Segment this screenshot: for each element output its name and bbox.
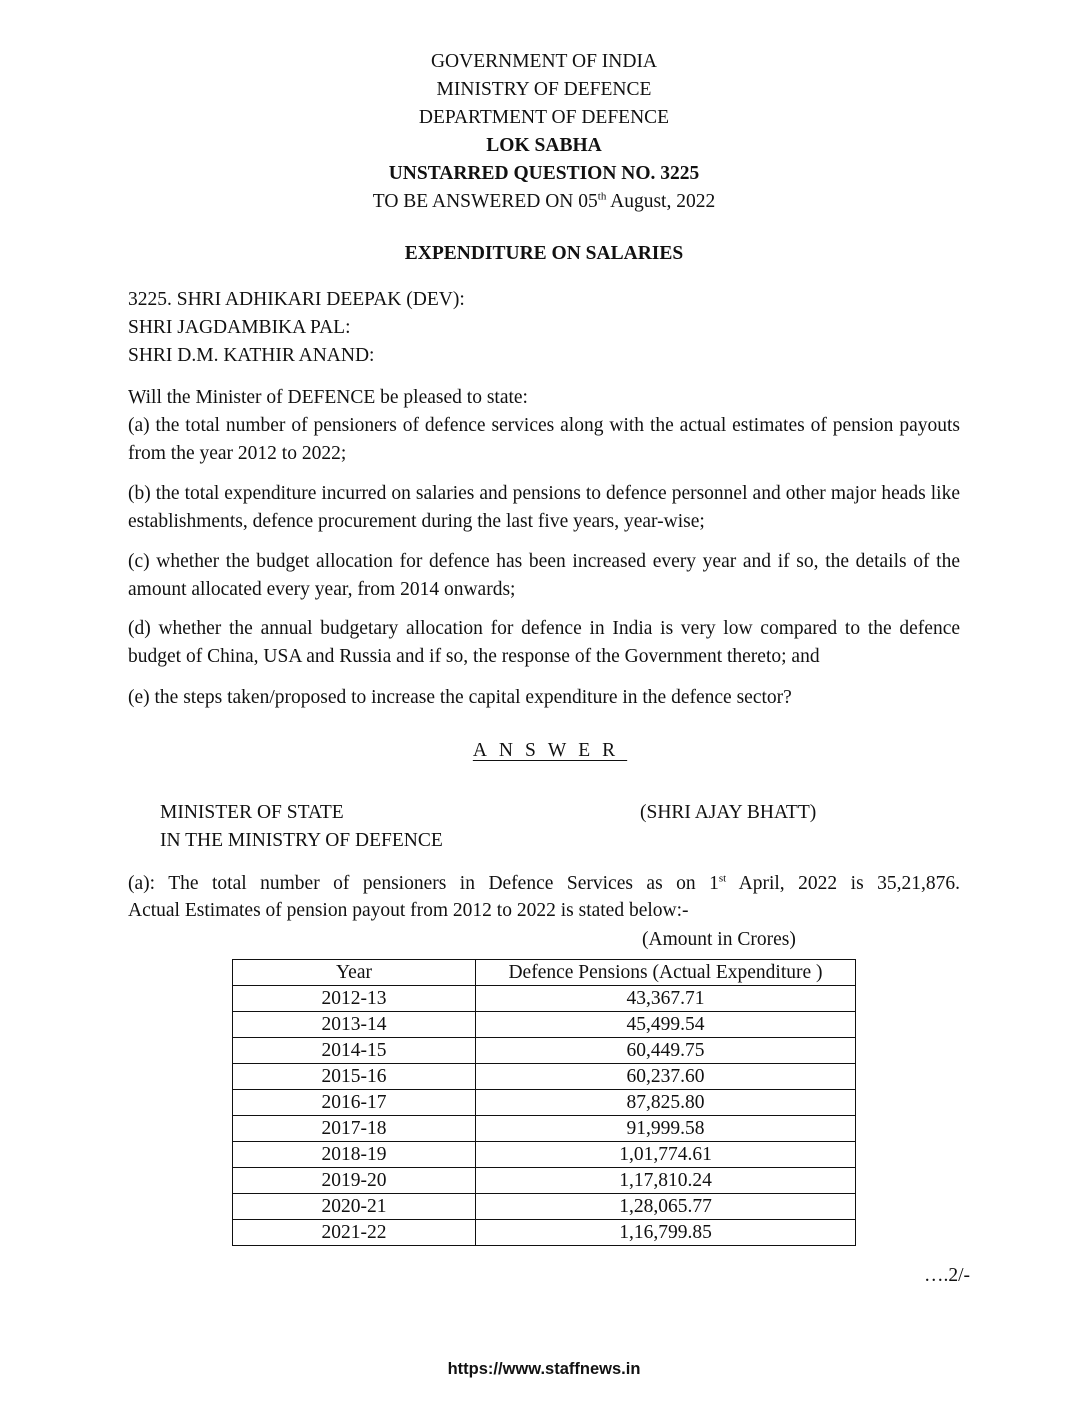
cell-pension-amount: 45,499.54 xyxy=(476,1012,856,1038)
cell-pension-amount: 60,237.60 xyxy=(476,1064,856,1090)
table-header-row: Year Defence Pensions (Actual Expenditur… xyxy=(233,960,856,986)
question-e: (e) the steps taken/proposed to increase… xyxy=(128,684,960,712)
cell-year: 2014-15 xyxy=(233,1038,476,1064)
answer-heading: ANSWER xyxy=(0,740,1088,762)
header-ministry: MINISTRY OF DEFENCE xyxy=(0,76,1088,104)
header-house: LOK SABHA xyxy=(0,132,1088,160)
cell-year: 2019-20 xyxy=(233,1168,476,1194)
table-row: 2017-1891,999.58 xyxy=(233,1116,856,1142)
cell-pension-amount: 1,16,799.85 xyxy=(476,1220,856,1246)
table-row: 2013-1445,499.54 xyxy=(233,1012,856,1038)
continuation-marker: ….2/- xyxy=(890,1262,970,1290)
table-row: 2014-1560,449.75 xyxy=(233,1038,856,1064)
question-c: (c) whether the budget allocation for de… xyxy=(128,548,960,604)
answer-date-prefix: TO BE ANSWERED ON 05 xyxy=(373,191,598,212)
pension-table: Year Defence Pensions (Actual Expenditur… xyxy=(232,959,856,1246)
cell-year: 2013-14 xyxy=(233,1012,476,1038)
cell-year: 2017-18 xyxy=(233,1116,476,1142)
minister-designation-1: MINISTER OF STATE xyxy=(160,799,560,827)
cell-pension-amount: 91,999.58 xyxy=(476,1116,856,1142)
asker-3: SHRI D.M. KATHIR ANAND: xyxy=(128,342,960,370)
asker-2: SHRI JAGDAMBIKA PAL: xyxy=(128,314,960,342)
document-page: GOVERNMENT OF INDIA MINISTRY OF DEFENCE … xyxy=(0,0,1088,1408)
question-d: (d) whether the annual budgetary allocat… xyxy=(128,615,960,671)
minister-name: (SHRI AJAY BHATT) xyxy=(640,799,940,827)
cell-pension-amount: 87,825.80 xyxy=(476,1090,856,1116)
cell-pension-amount: 1,17,810.24 xyxy=(476,1168,856,1194)
cell-pension-amount: 43,367.71 xyxy=(476,986,856,1012)
question-a: (a) the total number of pensioners of de… xyxy=(128,412,960,468)
cell-pension-amount: 60,449.75 xyxy=(476,1038,856,1064)
table-row: 2012-1343,367.71 xyxy=(233,986,856,1012)
cell-year: 2015-16 xyxy=(233,1064,476,1090)
footer-url: https://www.staffnews.in xyxy=(0,1360,1088,1379)
header-department: DEPARTMENT OF DEFENCE xyxy=(0,104,1088,132)
cell-pension-amount: 1,28,065.77 xyxy=(476,1194,856,1220)
question-b: (b) the total expenditure incurred on sa… xyxy=(128,480,960,536)
pension-table-body: 2012-1343,367.712013-1445,499.542014-156… xyxy=(233,986,856,1246)
cell-year: 2021-22 xyxy=(233,1220,476,1246)
table-row: 2019-201,17,810.24 xyxy=(233,1168,856,1194)
minister-designation-2: IN THE MINISTRY OF DEFENCE xyxy=(160,827,560,855)
cell-year: 2020-21 xyxy=(233,1194,476,1220)
table-row: 2021-221,16,799.85 xyxy=(233,1220,856,1246)
column-header-pensions: Defence Pensions (Actual Expenditure ) xyxy=(476,960,856,986)
units-note: (Amount in Crores) xyxy=(642,926,842,954)
table-row: 2015-1660,237.60 xyxy=(233,1064,856,1090)
answer-a-line2: Actual Estimates of pension payout from … xyxy=(128,897,960,925)
answer-a-line1: (a): The total number of pensioners in D… xyxy=(128,870,960,898)
column-header-year: Year xyxy=(233,960,476,986)
intro-line: Will the Minister of DEFENCE be pleased … xyxy=(128,384,960,412)
header-question-number: UNSTARRED QUESTION NO. 3225 xyxy=(0,160,1088,188)
asker-1: 3225. SHRI ADHIKARI DEEPAK (DEV): xyxy=(128,286,960,314)
cell-year: 2016-17 xyxy=(233,1090,476,1116)
header-government: GOVERNMENT OF INDIA xyxy=(0,48,1088,76)
answer-a-prefix: (a): The total number of pensioners in D… xyxy=(128,873,719,894)
table-row: 2018-191,01,774.61 xyxy=(233,1142,856,1168)
subject-title: EXPENDITURE ON SALARIES xyxy=(0,240,1088,268)
answer-date-suffix: August, 2022 xyxy=(606,191,715,212)
table-row: 2020-211,28,065.77 xyxy=(233,1194,856,1220)
answer-a-suffix: April, 2022 is 35,21,876. xyxy=(726,873,960,894)
header-answer-date: TO BE ANSWERED ON 05th August, 2022 xyxy=(0,188,1088,216)
cell-year: 2012-13 xyxy=(233,986,476,1012)
table-row: 2016-1787,825.80 xyxy=(233,1090,856,1116)
cell-year: 2018-19 xyxy=(233,1142,476,1168)
cell-pension-amount: 1,01,774.61 xyxy=(476,1142,856,1168)
answer-heading-text: ANSWER xyxy=(461,740,627,761)
